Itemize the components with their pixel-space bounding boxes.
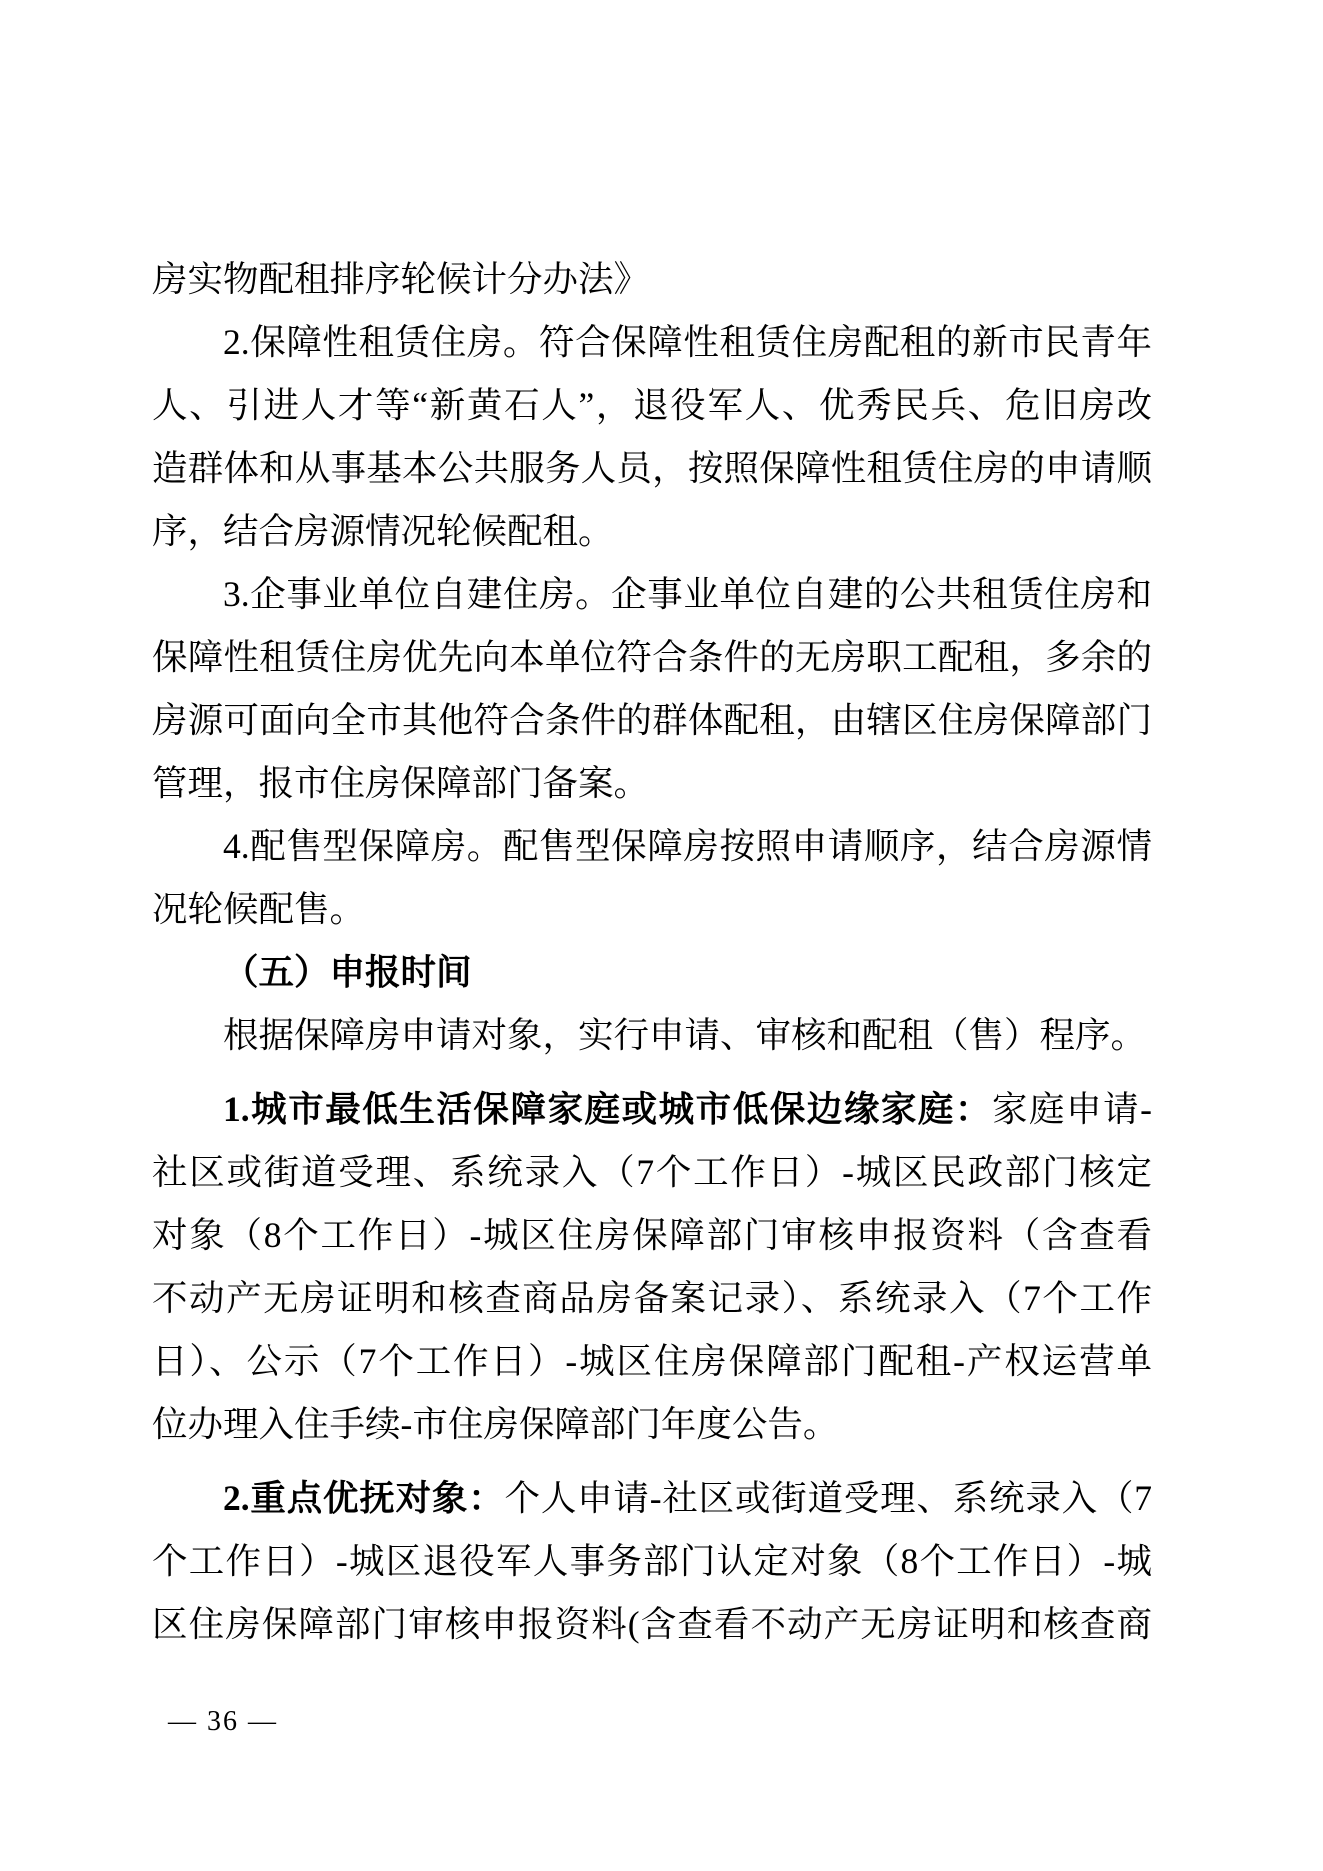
body-line: 人、引进人才等“新黄石人”，退役军人、优秀民兵、危旧房改	[152, 374, 1152, 437]
body-text: 房实物配租排序轮候计分办法》 2.保障性租赁住房。符合保障性租赁住房配租的新市民…	[152, 248, 1152, 1656]
item-2-rest: 个人申请-社区或街道受理、系统录入（7	[505, 1478, 1152, 1518]
document-page: 房实物配租排序轮候计分办法》 2.保障性租赁住房。符合保障性租赁住房配租的新市民…	[0, 0, 1323, 1871]
body-line: 对象（8个工作日）-城区住房保障部门审核申报资料（含查看	[152, 1204, 1152, 1267]
page-number: — 36 —	[168, 1702, 278, 1742]
numbered-item-line: 2.重点优抚对象：个人申请-社区或街道受理、系统录入（7	[152, 1467, 1152, 1530]
item-1-rest: 家庭申请-	[992, 1089, 1152, 1129]
body-line: 位办理入住手续-市住房保障部门年度公告。	[152, 1393, 1152, 1456]
body-line: 根据保障房申请对象，实行申请、审核和配租（售）程序。	[152, 1004, 1152, 1067]
body-line: 4.配售型保障房。配售型保障房按照申请顺序，结合房源情	[152, 815, 1152, 878]
body-line: 保障性租赁住房优先向本单位符合条件的无房职工配租，多余的	[152, 626, 1152, 689]
body-line: 个工作日）-城区退役军人事务部门认定对象（8个工作日）-城	[152, 1530, 1152, 1593]
item-2-lead: 2.重点优抚对象：	[223, 1478, 505, 1518]
body-line: 日）、公示（7个工作日）-城区住房保障部门配租-产权运营单	[152, 1330, 1152, 1393]
section-heading: （五）申报时间	[152, 941, 1152, 1004]
numbered-item-line: 1.城市最低生活保障家庭或城市低保边缘家庭：家庭申请-	[152, 1078, 1152, 1141]
body-line: 3.企事业单位自建住房。企事业单位自建的公共租赁住房和	[152, 563, 1152, 626]
body-line: 不动产无房证明和核查商品房备案记录）、系统录入（7个工作	[152, 1267, 1152, 1330]
body-line: 2.保障性租赁住房。符合保障性租赁住房配租的新市民青年	[152, 311, 1152, 374]
body-line: 造群体和从事基本公共服务人员，按照保障性租赁住房的申请顺	[152, 437, 1152, 500]
body-line: 况轮候配售。	[152, 878, 1152, 941]
item-1-lead: 1.城市最低生活保障家庭或城市低保边缘家庭：	[223, 1089, 992, 1129]
body-line: 序，结合房源情况轮候配租。	[152, 500, 1152, 563]
body-line: 社区或街道受理、系统录入（7个工作日）-城区民政部门核定	[152, 1141, 1152, 1204]
body-line-continuation: 房实物配租排序轮候计分办法》	[152, 248, 1152, 311]
body-line: 区住房保障部门审核申报资料(含查看不动产无房证明和核查商	[152, 1593, 1152, 1656]
body-line: 房源可面向全市其他符合条件的群体配租，由辖区住房保障部门	[152, 689, 1152, 752]
body-line: 管理，报市住房保障部门备案。	[152, 752, 1152, 815]
